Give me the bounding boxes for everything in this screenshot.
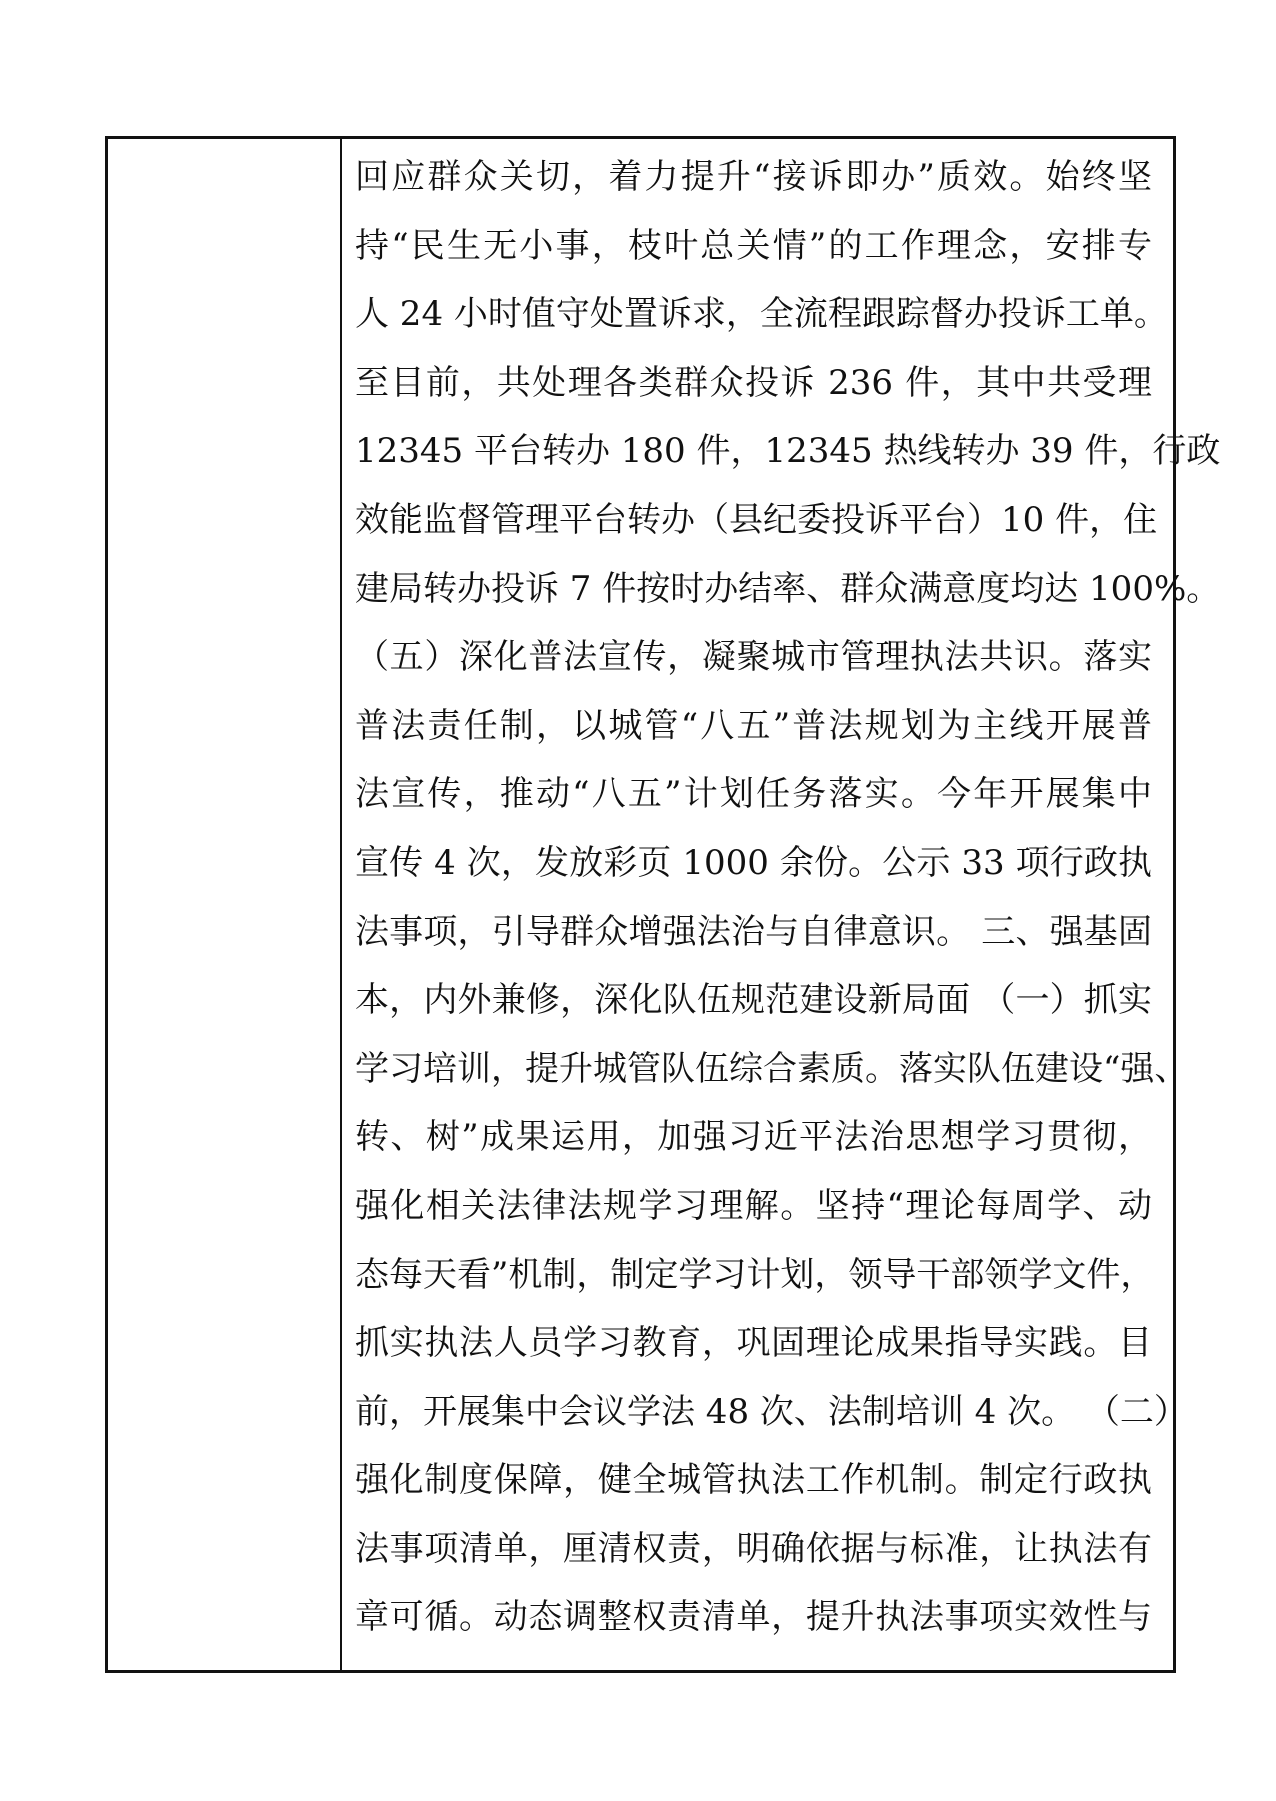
text-line: 人 24 小时值守处置诉求，全流程跟踪督办投诉工单。 [355,280,1152,349]
text-line: 法事项清单，厘清权责，明确依据与标准，让执法有 [355,1515,1152,1584]
section-heading-line: （五）深化普法宣传，凝聚城市管理执法共识。落实 [355,623,1152,692]
text-line: 建局转办投诉 7 件按时办结率、群众满意度均达 100%。 [355,555,1152,624]
text-line: 法事项，引导群众增强法治与自律意识。 三、强基固 [355,898,1152,967]
text-line: 本，内外兼修，深化队伍规范建设新局面 （一）抓实 [355,966,1152,1035]
text-line: 强化制度保障，健全城管执法工作机制。制定行政执 [355,1446,1152,1515]
text-line: 12345 平台转办 180 件，12345 热线转办 39 件，行政 [355,417,1152,486]
text-line: 前，开展集中会议学法 48 次、法制培训 4 次。 （二） [355,1378,1152,1447]
text-line: 回应群众关切，着力提升“接诉即办”质效。始终坚 [355,143,1152,212]
text-line: 学习培训，提升城管队伍综合素质。落实队伍建设“强、 [355,1035,1152,1104]
text-line: 效能监督管理平台转办（县纪委投诉平台）10 件，住 [355,486,1152,555]
document-page: 回应群众关切，着力提升“接诉即办”质效。始终坚 持“民生无小事，枝叶总关情”的工… [0,0,1276,1801]
report-body-text: 回应群众关切，着力提升“接诉即办”质效。始终坚 持“民生无小事，枝叶总关情”的工… [355,143,1152,1652]
text-line: 转、树”成果运用，加强习近平法治思想学习贯彻， [355,1103,1152,1172]
text-line: 持“民生无小事，枝叶总关情”的工作理念，安排专 [355,212,1152,281]
table-right-cell: 回应群众关切，着力提升“接诉即办”质效。始终坚 持“民生无小事，枝叶总关情”的工… [342,139,1173,1670]
text-line: 强化相关法律法规学习理解。坚持“理论每周学、动 [355,1172,1152,1241]
text-line: 法宣传，推动“八五”计划任务落实。今年开展集中 [355,760,1152,829]
text-line: 态每天看”机制，制定学习计划，领导干部领学文件， [355,1241,1152,1310]
text-line: 宣传 4 次，发放彩页 1000 余份。公示 33 项行政执 [355,829,1152,898]
text-line: 章可循。动态调整权责清单，提升执法事项实效性与 [355,1583,1152,1652]
content-table: 回应群众关切，着力提升“接诉即办”质效。始终坚 持“民生无小事，枝叶总关情”的工… [105,136,1176,1673]
text-line: 抓实执法人员学习教育，巩固理论成果指导实践。目 [355,1309,1152,1378]
table-left-cell [108,139,342,1670]
text-line: 至目前，共处理各类群众投诉 236 件，其中共受理 [355,349,1152,418]
text-line: 普法责任制，以城管“八五”普法规划为主线开展普 [355,692,1152,761]
